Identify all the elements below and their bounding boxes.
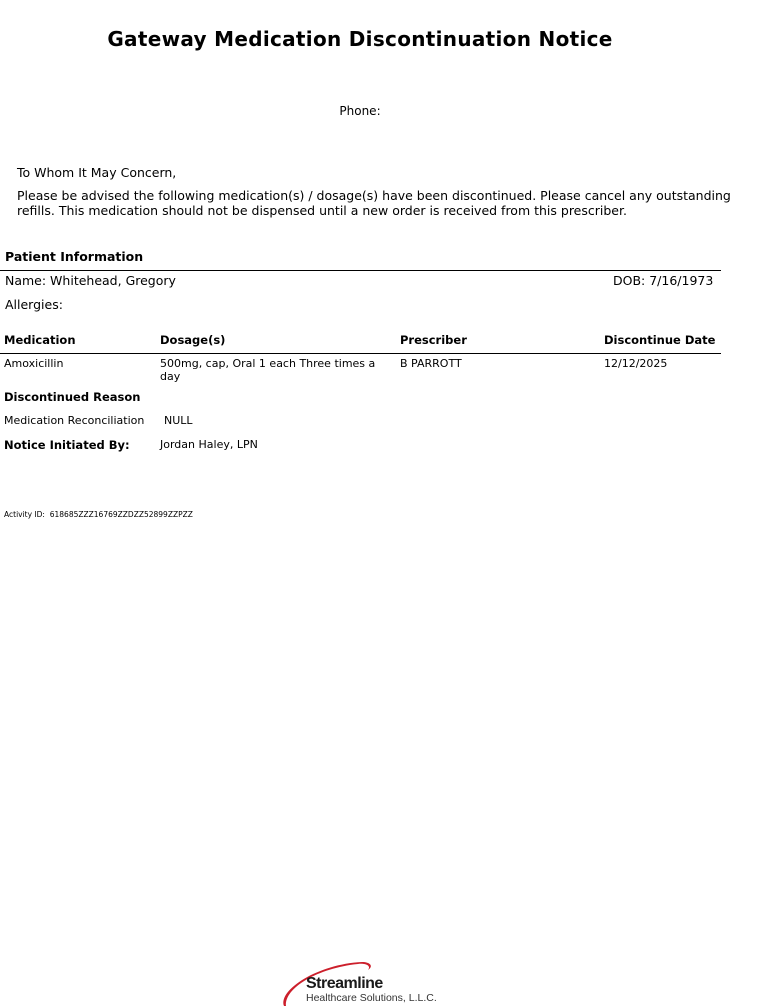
medication-prescriber: B PARROTT [400,357,462,370]
phone-label: Phone: [0,104,720,118]
activity-id-label: Activity ID: [4,510,45,519]
patient-name: Name: Whitehead, Gregory [5,273,176,288]
divider [0,353,721,354]
discontinued-reason-heading: Discontinued Reason [4,390,140,404]
notice-body: Please be advised the following medicati… [17,188,737,218]
medication-name: Amoxicillin [4,357,63,370]
patient-info-heading: Patient Information [5,249,143,264]
initiated-by-value: Jordan Haley, LPN [160,438,258,451]
col-header-medication: Medication [4,333,76,347]
initiated-by-label: Notice Initiated By: [4,438,130,452]
logo-name: Streamline [306,975,383,993]
activity-id-value: 618685ZZZ16769ZZDZZ52899ZZPZZ [50,510,193,519]
col-header-dosage: Dosage(s) [160,333,225,347]
col-header-discontinue-date: Discontinue Date [604,333,715,347]
divider [0,270,721,271]
medication-discontinue-date: 12/12/2025 [604,357,667,370]
streamline-logo: Streamline Healthcare Solutions, L.L.C. [278,960,458,1008]
discontinued-reason: Medication Reconciliation [4,414,144,427]
col-header-prescriber: Prescriber [400,333,467,347]
logo-subtitle: Healthcare Solutions, L.L.C. [306,992,437,1004]
medication-dosage: 500mg, cap, Oral 1 each Three times a da… [160,357,390,383]
document-title: Gateway Medication Discontinuation Notic… [0,27,720,51]
patient-dob: DOB: 7/16/1973 [613,273,713,288]
discontinued-reason-extra: NULL [164,414,193,427]
patient-allergies: Allergies: [5,297,63,312]
salutation: To Whom It May Concern, [17,165,176,180]
activity-id: Activity ID: 618685ZZZ16769ZZDZZ52899ZZP… [4,510,193,519]
